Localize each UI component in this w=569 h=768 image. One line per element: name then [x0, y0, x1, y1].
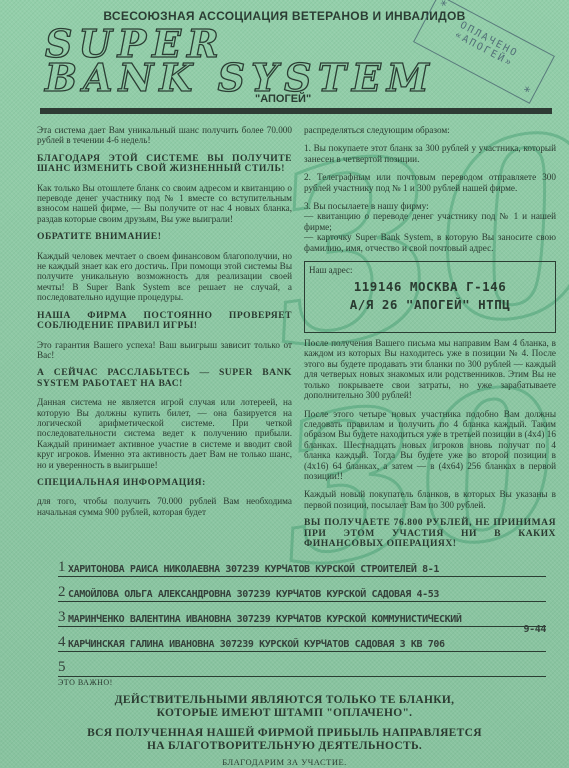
participant-number: 3: [58, 609, 65, 626]
paragraph: Это гарантия Вашего успеха! Ваш выигрыш …: [37, 340, 292, 361]
paragraph: 3. Вы посылаете в нашу фирму: — квитанци…: [304, 201, 556, 253]
paragraph: Каждый новый покупатель бланков, в котор…: [304, 489, 556, 510]
participant-entry: КАРЧИНСКАЯ ГАЛИНА ИВАНОВНА 307239 КУРСКО…: [68, 639, 445, 650]
notice-line: ДЕЙСТВИТЕЛЬНЫМИ ЯВЛЯЮТСЯ ТОЛЬКО ТЕ БЛАНК…: [0, 694, 569, 707]
section-heading: ВЫ ПОЛУЧАЕТЕ 76.800 РУБЛЕЙ, НЕ ПРИНИМАЯ …: [304, 518, 556, 549]
participant-entry-extra: 9-44: [524, 624, 546, 635]
participant-row: 4КАРЧИНСКАЯ ГАЛИНА ИВАНОВНА 307239 КУРСК…: [58, 627, 546, 652]
address-box: Наш адрес: 119146 МОСКВА Г-146 А/Я 26 "А…: [304, 261, 556, 333]
section-heading: ОБРАТИТЕ ВНИМАНИЕ!: [37, 232, 292, 242]
right-column: распределяться следующим образом:1. Вы п…: [304, 125, 556, 557]
paragraph: для того, чтобы получить 70.000 рублей В…: [37, 496, 292, 517]
validity-notice: ДЕЙСТВИТЕЛЬНЫМИ ЯВЛЯЮТСЯ ТОЛЬКО ТЕ БЛАНК…: [0, 694, 569, 720]
participant-row: 3МАРИНЧЕНКО ВАЛЕНТИНА ИВАНОВНА 307239 КУ…: [58, 602, 546, 627]
stamp-line2: «АПОГЕЙ»: [424, 14, 544, 85]
paragraph: Данная система не является игрой случая …: [37, 397, 292, 470]
paragraph: После этого четыре новых участника подоб…: [304, 409, 556, 482]
paragraph: После получения Вашего письма мы направи…: [304, 338, 556, 400]
participant-number: 4: [58, 634, 65, 651]
paragraph: Эта система дает Вам уникальный шанс пол…: [37, 125, 292, 146]
thanks-text: БЛАГОДАРИМ ЗА УЧАСТИЕ.: [0, 757, 569, 767]
section-heading: НАША ФИРМА ПОСТОЯННО ПРОВЕРЯЕТ СОБЛЮДЕНИ…: [37, 311, 292, 332]
paragraph: 1. Вы покупаете этот бланк за 300 рублей…: [304, 143, 556, 164]
participant-number: 5: [58, 659, 65, 676]
participant-number: 2: [58, 584, 65, 601]
section-heading: СПЕЦИАЛЬНАЯ ИНФОРМАЦИЯ:: [37, 478, 292, 488]
participant-row: 1ХАРИТОНОВА РАИСА НИКОЛАЕВНА 307239 КУРЧ…: [58, 552, 546, 577]
paragraph: Каждый человек мечтает о своем финансово…: [37, 251, 292, 303]
address-line1: 119146 МОСКВА Г-146: [309, 282, 551, 292]
paragraph: распределяться следующим образом:: [304, 125, 556, 135]
section-heading: БЛАГОДАРЯ ЭТОЙ СИСТЕМЕ ВЫ ПОЛУЧИТЕ ШАНС …: [37, 154, 292, 175]
participant-entry: МАРИНЧЕНКО ВАЛЕНТИНА ИВАНОВНА 307239 КУР…: [68, 614, 461, 625]
brand-name: "АПОГЕЙ": [255, 93, 311, 105]
star-icon: *: [519, 84, 533, 101]
notice-line: КОТОРЫЕ ИМЕЮТ ШТАМП "ОПЛАЧЕНО".: [0, 707, 569, 720]
participant-row: 2САМОЙЛОВА ОЛЬГА АЛЕКСАНДРОВНА 307239 КУ…: [58, 577, 546, 602]
notice-line: ВСЯ ПОЛУЧЕННАЯ НАШЕЙ ФИРМОЙ ПРИБЫЛЬ НАПР…: [0, 727, 569, 740]
important-label: ЭТО ВАЖНО!: [58, 678, 113, 687]
paragraph: 2. Телеграфным или почтовым переводом от…: [304, 172, 556, 193]
left-column: Эта система дает Вам уникальный шанс пол…: [37, 125, 292, 525]
participant-entry: ХАРИТОНОВА РАИСА НИКОЛАЕВНА 307239 КУРЧА…: [68, 564, 439, 575]
participant-number: 1: [58, 559, 65, 576]
participant-entry: САМОЙЛОВА ОЛЬГА АЛЕКСАНДРОВНА 307239 КУР…: [68, 589, 439, 600]
address-label: Наш адрес:: [309, 265, 551, 275]
charity-notice: ВСЯ ПОЛУЧЕННАЯ НАШЕЙ ФИРМОЙ ПРИБЫЛЬ НАПР…: [0, 727, 569, 753]
participant-row: 5: [58, 652, 546, 677]
paragraph: Как только Вы отошлете бланк со своим ад…: [37, 183, 292, 225]
header-divider: [40, 108, 552, 114]
section-heading: А СЕЙЧАС РАССЛАБЬТЕСЬ — SUPER BANK SYSTE…: [37, 368, 292, 389]
logo-bank-system: BANK SYSTEM: [45, 58, 435, 98]
participant-list: 1ХАРИТОНОВА РАИСА НИКОЛАЕВНА 307239 КУРЧ…: [58, 552, 546, 677]
address-line2: А/Я 26 "АПОГЕЙ" НТПЦ: [309, 300, 551, 310]
notice-line: НА БЛАГОТВОРИТЕЛЬНУЮ ДЕЯТЕЛЬНОСТЬ.: [0, 740, 569, 753]
